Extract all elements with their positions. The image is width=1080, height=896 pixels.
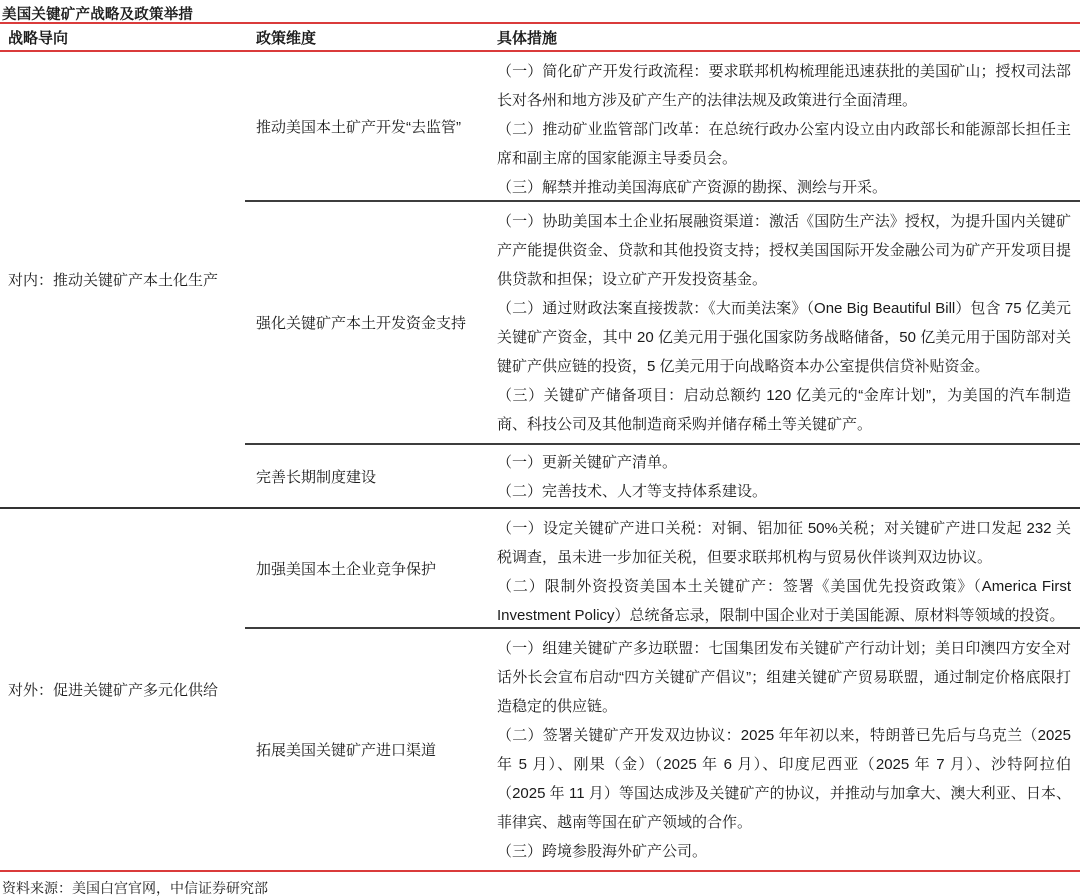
measure-item: （二）签署关键矿产开发双边协议：2025 年年初以来，特朗普已先后与乌克兰（20… <box>497 721 1071 837</box>
strategy-cell-domestic: 对内：推动关键矿产本土化生产 <box>0 52 245 507</box>
dimension-cell: 强化关键矿产本土开发资金支持 <box>245 202 490 443</box>
measure-item: （一）协助美国本土企业拓展融资渠道：激活《国防生产法》授权，为提升国内关键矿产产… <box>497 207 1071 294</box>
table-title: 美国关键矿产战略及政策举措 <box>0 0 1080 22</box>
table-row: 强化关键矿产本土开发资金支持 （一）协助美国本土企业拓展融资渠道：激活《国防生产… <box>245 202 1080 445</box>
table-row: 加强美国本土企业竞争保护 （一）设定关键矿产进口关税：对铜、铝加征 50%关税；… <box>245 509 1080 629</box>
measure-item: （二）完善技术、人才等支持体系建设。 <box>497 477 1071 506</box>
measure-item: （三）关键矿产储备项目：启动总额约 120 亿美元的“金库计划”，为美国的汽车制… <box>497 381 1071 439</box>
section-domestic-rows: 推动美国本土矿产开发“去监管” （一）简化矿产开发行政流程：要求联邦机构梳理能迅… <box>245 52 1080 507</box>
dimension-cell: 完善长期制度建设 <box>245 445 490 507</box>
measure-item: （一）更新关键矿产清单。 <box>497 448 1071 477</box>
section-external-rows: 加强美国本土企业竞争保护 （一）设定关键矿产进口关税：对铜、铝加征 50%关税；… <box>245 509 1080 870</box>
measure-item: （三）跨境参股海外矿产公司。 <box>497 837 1071 866</box>
measures-cell: （一）更新关键矿产清单。 （二）完善技术、人才等支持体系建设。 <box>490 445 1080 507</box>
source-note: 资料来源：美国白宫官网，中信证券研究部 <box>0 872 1080 896</box>
section-domestic: 对内：推动关键矿产本土化生产 推动美国本土矿产开发“去监管” （一）简化矿产开发… <box>0 52 1080 507</box>
measures-cell: （一）简化矿产开发行政流程：要求联邦机构梳理能迅速获批的美国矿山；授权司法部长对… <box>490 52 1080 200</box>
strategy-cell-external: 对外：促进关键矿产多元化供给 <box>0 509 245 870</box>
measures-cell: （一）设定关键矿产进口关税：对铜、铝加征 50%关税；对关键矿产进口发起 232… <box>490 509 1080 627</box>
header-dimension: 政策维度 <box>245 27 490 48</box>
measure-item: （一）组建关键矿产多边联盟：七国集团发布关键矿产行动计划；美日印澳四方安全对话外… <box>497 634 1071 721</box>
dimension-cell: 拓展美国关键矿产进口渠道 <box>245 629 490 870</box>
report-page: 美国关键矿产战略及政策举措 战略导向 政策维度 具体措施 对内：推动关键矿产本土… <box>0 0 1080 896</box>
table-row: 完善长期制度建设 （一）更新关键矿产清单。 （二）完善技术、人才等支持体系建设。 <box>245 445 1080 507</box>
header-strategy: 战略导向 <box>0 27 245 48</box>
section-external: 对外：促进关键矿产多元化供给 加强美国本土企业竞争保护 （一）设定关键矿产进口关… <box>0 507 1080 870</box>
measure-item: （二）限制外资投资美国本土关键矿产：签署《美国优先投资政策》（America F… <box>497 572 1071 627</box>
dimension-cell: 加强美国本土企业竞争保护 <box>245 509 490 627</box>
measures-cell: （一）协助美国本土企业拓展融资渠道：激活《国防生产法》授权，为提升国内关键矿产产… <box>490 202 1080 443</box>
header-measures: 具体措施 <box>490 27 1080 48</box>
measure-item: （一）简化矿产开发行政流程：要求联邦机构梳理能迅速获批的美国矿山；授权司法部长对… <box>497 57 1071 115</box>
policy-table: 战略导向 政策维度 具体措施 对内：推动关键矿产本土化生产 推动美国本土矿产开发… <box>0 22 1080 872</box>
table-header-row: 战略导向 政策维度 具体措施 <box>0 24 1080 52</box>
table-row: 拓展美国关键矿产进口渠道 （一）组建关键矿产多边联盟：七国集团发布关键矿产行动计… <box>245 629 1080 870</box>
measure-item: （二）推动矿业监管部门改革：在总统行政办公室内设立由内政部长和能源部长担任主席和… <box>497 115 1071 173</box>
dimension-cell: 推动美国本土矿产开发“去监管” <box>245 52 490 200</box>
measures-cell: （一）组建关键矿产多边联盟：七国集团发布关键矿产行动计划；美日印澳四方安全对话外… <box>490 629 1080 870</box>
measure-item: （二）通过财政法案直接拨款：《大而美法案》（One Big Beautiful … <box>497 294 1071 381</box>
measure-item: （一）设定关键矿产进口关税：对铜、铝加征 50%关税；对关键矿产进口发起 232… <box>497 514 1071 572</box>
table-row: 推动美国本土矿产开发“去监管” （一）简化矿产开发行政流程：要求联邦机构梳理能迅… <box>245 52 1080 202</box>
measure-item: （三）解禁并推动美国海底矿产资源的勘探、测绘与开采。 <box>497 173 1071 200</box>
